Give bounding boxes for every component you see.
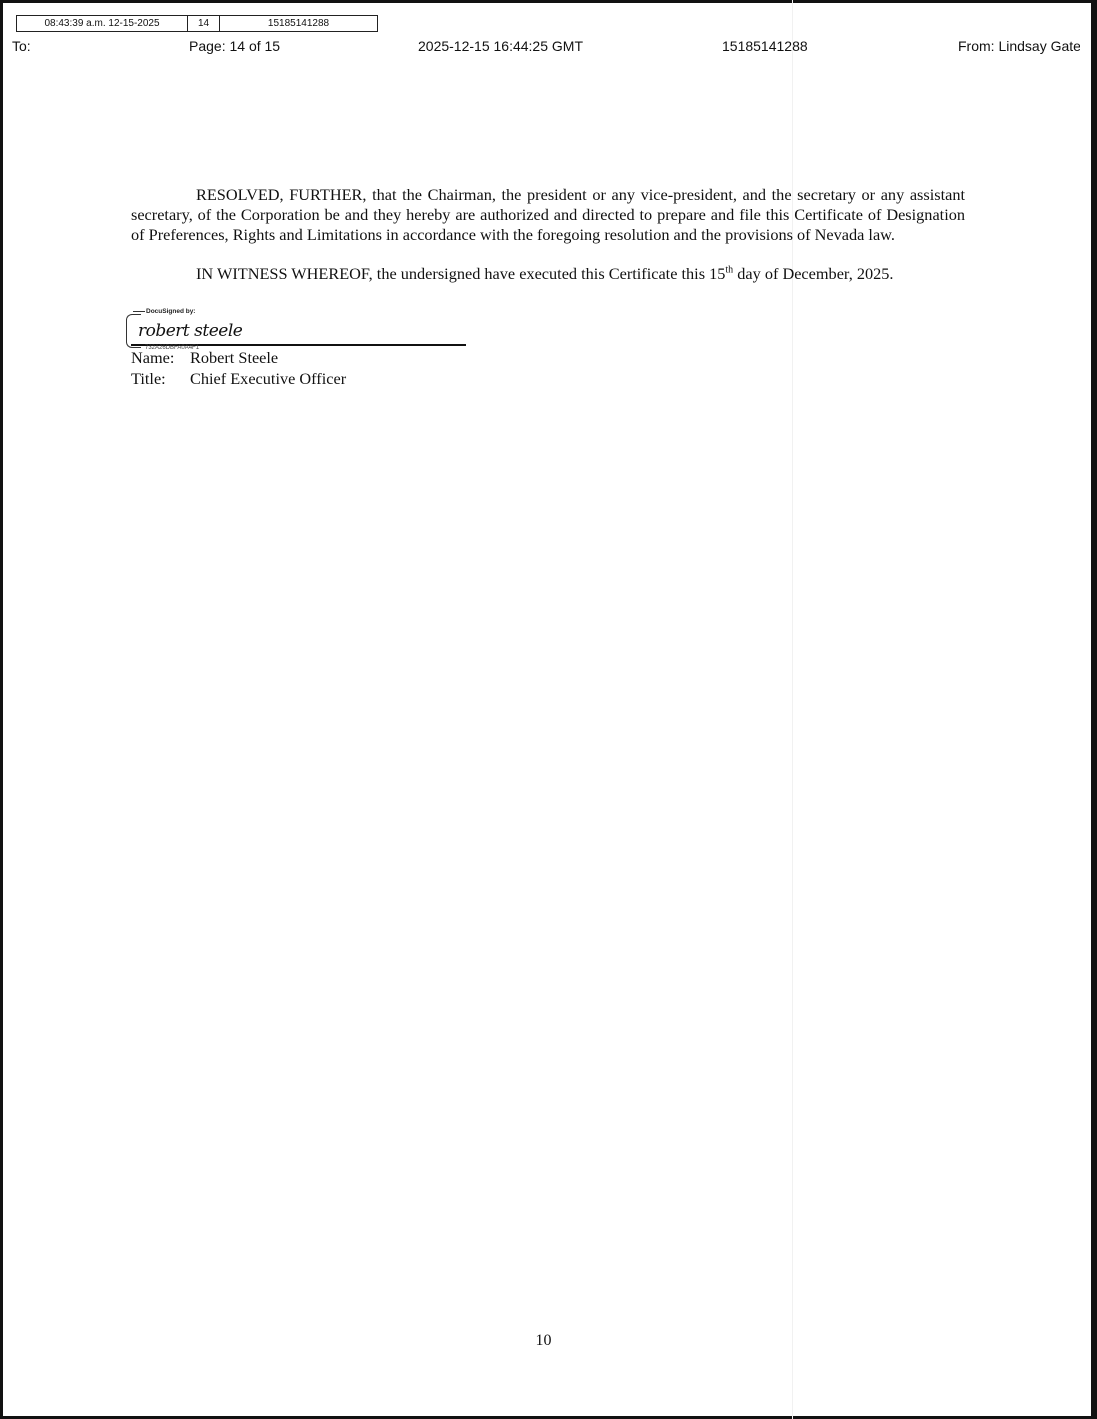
witness-paragraph: IN WITNESS WHEREOF, the undersigned have… [131, 264, 965, 284]
witness-text-end: day of December, 2025. [733, 264, 893, 283]
fax-header-datetime: 2025-12-15 16:44:25 GMT [418, 38, 583, 54]
fax-header-number: 15185141288 [722, 38, 808, 54]
document-body: RESOLVED, FURTHER, that the Chairman, th… [131, 185, 965, 284]
title-label: Title: [131, 368, 190, 389]
fax-header-page: Page: 14 of 15 [189, 38, 280, 54]
docusign-label: DocuSigned by: [145, 308, 196, 315]
signer-title-row: Title: Chief Executive Officer [131, 368, 346, 389]
resolution-paragraph: RESOLVED, FURTHER, that the Chairman, th… [131, 185, 965, 245]
fax-header: To: Page: 14 of 15 2025-12-15 16:44:25 G… [0, 38, 1097, 56]
signer-details: Name: Robert Steele Title: Chief Executi… [131, 347, 346, 389]
fax-header-to: To: [12, 38, 31, 54]
title-value: Chief Executive Officer [190, 368, 346, 389]
witness-ordinal: th [725, 265, 733, 276]
fax-stamp-time-date: 08:43:39 a.m. 12-15-2025 [17, 16, 188, 31]
name-value: Robert Steele [190, 347, 278, 368]
docusign-signature-block: DocuSigned by: robert steele 732A26DBFA0… [115, 308, 475, 348]
page-number: 10 [0, 1332, 1087, 1350]
page-border-left [0, 0, 3, 1419]
fax-transmission-stamp: 08:43:39 a.m. 12-15-2025 14 15185141288 [16, 15, 378, 32]
name-label: Name: [131, 347, 190, 368]
witness-text: IN WITNESS WHEREOF, the undersigned have… [196, 264, 725, 283]
fax-stamp-page: 14 [188, 16, 220, 31]
page-border-top [0, 0, 1097, 3]
handwritten-signature: robert steele [138, 321, 242, 341]
docusign-bracket-line [133, 311, 145, 312]
fax-header-from: From: Lindsay Gates [958, 38, 1080, 54]
page-border-right [1091, 0, 1097, 1419]
signer-name-row: Name: Robert Steele [131, 347, 346, 368]
fax-stamp-number: 15185141288 [220, 16, 377, 31]
